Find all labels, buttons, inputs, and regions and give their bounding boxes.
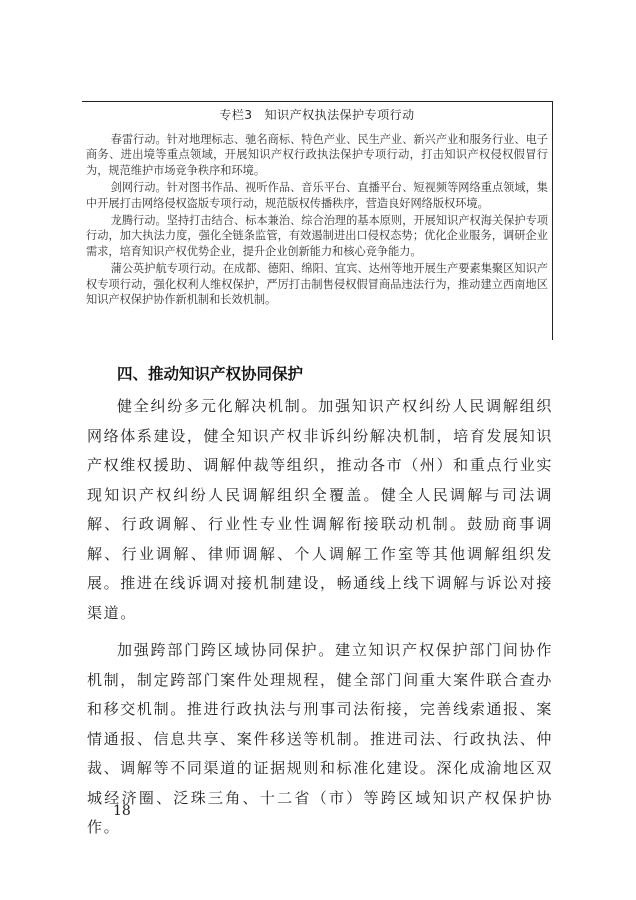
sidebar-box-heading: 知识产权执法保护专项行动 (265, 108, 415, 122)
sidebar-paragraph: 蒲公英护航专项行动。在成都、德阳、绵阳、宜宾、达州等地开展生产要素集聚区知识产权… (86, 261, 548, 307)
sidebar-box-title: 专栏3知识产权执法保护专项行动 (82, 102, 552, 129)
section-heading: 四、推动知识产权协同保护 (117, 362, 303, 384)
sidebar-box-body: 春雷行动。针对地理标志、驰名商标、特色产业、民生产业、新兴产业和服务行业、电子商… (86, 132, 548, 309)
section-body: 健全纠纷多元化解决机制。加强知识产权纠纷人民调解组织网络体系建设，健全知识产权非… (87, 392, 553, 851)
sidebar-box: 专栏3知识产权执法保护专项行动 春雷行动。针对地理标志、驰名商标、特色产业、民生… (82, 101, 553, 340)
page-number: 18 (113, 803, 131, 819)
sidebar-paragraph: 春雷行动。针对地理标志、驰名商标、特色产业、民生产业、新兴产业和服务行业、电子商… (86, 132, 548, 178)
sidebar-paragraph: 剑网行动。针对图书作品、视听作品、音乐平台、直播平台、短视频等网络重点领域，集中… (86, 180, 548, 211)
sidebar-paragraph: 龙腾行动。坚持打击结合、标本兼治、综合治理的基本原则，开展知识产权海关保护专项行… (86, 213, 548, 259)
body-paragraph: 加强跨部门跨区域协同保护。建立知识产权保护部门间协作机制，制定跨部门案件处理规程… (87, 636, 553, 843)
sidebar-box-label: 专栏3 (219, 108, 252, 122)
body-paragraph: 健全纠纷多元化解决机制。加强知识产权纠纷人民调解组织网络体系建设，健全知识产权非… (87, 392, 553, 628)
